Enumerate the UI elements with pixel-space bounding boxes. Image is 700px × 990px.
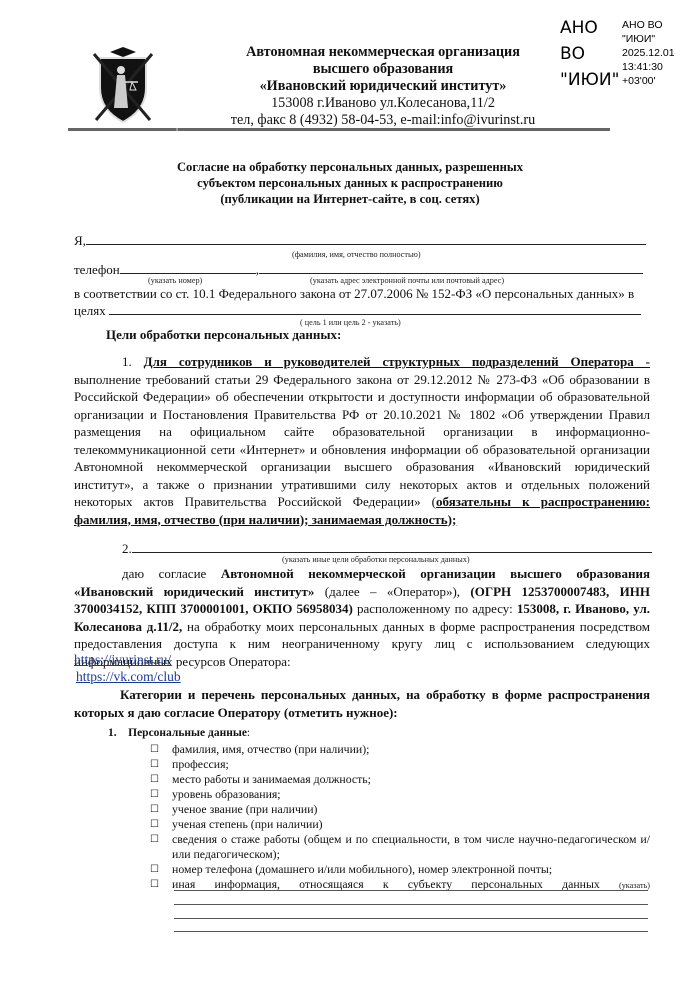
checklist-item: ☐место работы и занимаемая должность; xyxy=(150,772,650,787)
purpose-1-number: 1. xyxy=(122,354,144,369)
consent-text: даю согласие xyxy=(122,566,221,581)
checkbox-icon[interactable]: ☐ xyxy=(150,772,172,787)
checklist-item: ☐ученое звание (при наличии) xyxy=(150,802,650,817)
checklist-label: профессия; xyxy=(172,757,650,772)
stamp-line: "ИЮИ" xyxy=(560,67,619,93)
title-line: субъектом персональных данных к распрост… xyxy=(100,175,600,191)
checklist-item: ☐ученая степень (при наличии) xyxy=(150,817,650,832)
title-line: (публикации на Интернет-сайте, в соц. се… xyxy=(100,191,600,207)
stamp-date: 2025.12.01 xyxy=(622,46,675,60)
checkbox-icon[interactable]: ☐ xyxy=(150,817,172,832)
purpose-1-text: выполнение требований статьи 29 Федераль… xyxy=(74,372,650,510)
checkbox-icon[interactable]: ☐ xyxy=(150,862,172,877)
purpose-row: целях xyxy=(74,302,641,319)
purposes-heading: Цели обработки персональных данных: xyxy=(106,327,341,343)
organization-header: Автономная некоммерческая организация вы… xyxy=(218,44,548,129)
stamp-timezone: +03'00' xyxy=(622,74,675,88)
checklist-item: ☐уровень образования; xyxy=(150,787,650,802)
purpose-1-title: Для сотрудников и руководителей структур… xyxy=(144,354,650,369)
section-title: Персональные данные xyxy=(128,727,247,739)
org-name-line-1: Автономная некоммерческая организация xyxy=(218,44,548,61)
phone-hint: (указать номер) xyxy=(148,276,202,285)
personal-data-section: 1. Персональные данные: xyxy=(108,727,250,739)
full-name-field[interactable] xyxy=(86,232,646,245)
stamp-line: АНО xyxy=(560,15,619,41)
other-info-field-2[interactable] xyxy=(174,904,648,905)
other-info-label: иная информация, относящаяся к субъекту … xyxy=(172,877,600,891)
checklist-label: ученая степень (при наличии) xyxy=(172,817,650,832)
website-link[interactable]: https://ivurinst.ru/ xyxy=(74,652,171,667)
checklist-label: номер телефона (домашнего и/или мобильно… xyxy=(172,862,650,877)
phone-field[interactable] xyxy=(120,261,256,274)
checklist-label: фамилия, имя, отчество (при наличии); xyxy=(172,742,650,757)
personal-data-checklist: ☐фамилия, имя, отчество (при наличии); ☐… xyxy=(150,742,650,893)
purpose-hint: ( цель 1 или цель 2 - указать) xyxy=(300,318,401,327)
header-divider xyxy=(68,128,610,131)
checklist-label: место работы и занимаемая должность; xyxy=(172,772,650,787)
stamp-line: ВО xyxy=(560,41,619,67)
purpose-2-number: 2. xyxy=(122,541,132,556)
checkbox-icon[interactable]: ☐ xyxy=(150,832,172,862)
org-contacts: тел, факс 8 (4932) 58-04-53, e-mail:info… xyxy=(218,112,548,129)
purpose-2-hint: (указать иные цели обработки персональны… xyxy=(282,555,470,564)
full-name-row: Я, xyxy=(74,232,646,249)
name-prefix: Я, xyxy=(74,233,86,248)
checklist-item: ☐номер телефона (домашнего и/или мобильн… xyxy=(150,862,650,877)
checklist-label: сведения о стаже работы (общем и по спец… xyxy=(172,832,650,862)
checklist-item: ☐фамилия, имя, отчество (при наличии); xyxy=(150,742,650,757)
law-reference: в соответствии со ст. 10.1 Федерального … xyxy=(74,286,634,302)
other-info-field-3[interactable] xyxy=(174,918,648,919)
address-hint: (указать адрес электронной почты или поч… xyxy=(310,276,504,285)
title-line: Согласие на обработку персональных данны… xyxy=(100,159,600,175)
purpose-label: целях xyxy=(74,303,106,318)
checklist-label: уровень образования; xyxy=(172,787,650,802)
other-info-field-4[interactable] xyxy=(174,931,648,932)
vk-link[interactable]: https://vk.com/club xyxy=(76,669,181,684)
other-info-hint: (указать) xyxy=(619,881,650,890)
consent-text: расположенному по адресу: xyxy=(353,601,517,616)
full-name-hint: (фамилия, имя, отчество полностью) xyxy=(292,250,421,259)
address-field[interactable] xyxy=(259,261,643,274)
document-title: Согласие на обработку персональных данны… xyxy=(100,159,600,207)
other-info-field-1[interactable] xyxy=(174,890,648,891)
stamp-detail: "ИЮИ" xyxy=(622,32,675,46)
digital-signature-details: АНО ВО "ИЮИ" 2025.12.01 13:41:30 +03'00' xyxy=(622,18,675,88)
phone-label: телефон xyxy=(74,262,120,277)
purpose-2-field[interactable] xyxy=(132,540,652,553)
stamp-time: 13:41:30 xyxy=(622,60,675,74)
categories-heading: Категории и перечень персональных данных… xyxy=(74,686,650,721)
section-number: 1. xyxy=(108,727,117,739)
checklist-item: ☐профессия; xyxy=(150,757,650,772)
org-name-line-3: «Ивановский юридический институт» xyxy=(218,78,548,95)
consent-text: (далее – «Оператор»), xyxy=(314,584,470,599)
org-name-line-2: высшего образования xyxy=(218,61,548,78)
colon: : xyxy=(247,727,250,739)
institute-logo-icon xyxy=(92,44,154,124)
purpose-1: 1. Для сотрудников и руководителей струк… xyxy=(74,353,650,528)
checklist-label: ученое звание (при наличии) xyxy=(172,802,650,817)
stamp-detail: АНО ВО xyxy=(622,18,675,32)
purpose-field[interactable] xyxy=(109,302,641,315)
checkbox-icon[interactable]: ☐ xyxy=(150,787,172,802)
digital-signature-stamp: АНО ВО "ИЮИ" xyxy=(560,15,619,93)
checkbox-icon[interactable]: ☐ xyxy=(150,802,172,817)
org-address: 153008 г.Иваново ул.Колесанова,11/2 xyxy=(218,95,548,112)
checkbox-icon[interactable]: ☐ xyxy=(150,742,172,757)
checkbox-icon[interactable]: ☐ xyxy=(150,877,172,893)
checklist-item: ☐сведения о стаже работы (общем и по спе… xyxy=(150,832,650,862)
checkbox-icon[interactable]: ☐ xyxy=(150,757,172,772)
